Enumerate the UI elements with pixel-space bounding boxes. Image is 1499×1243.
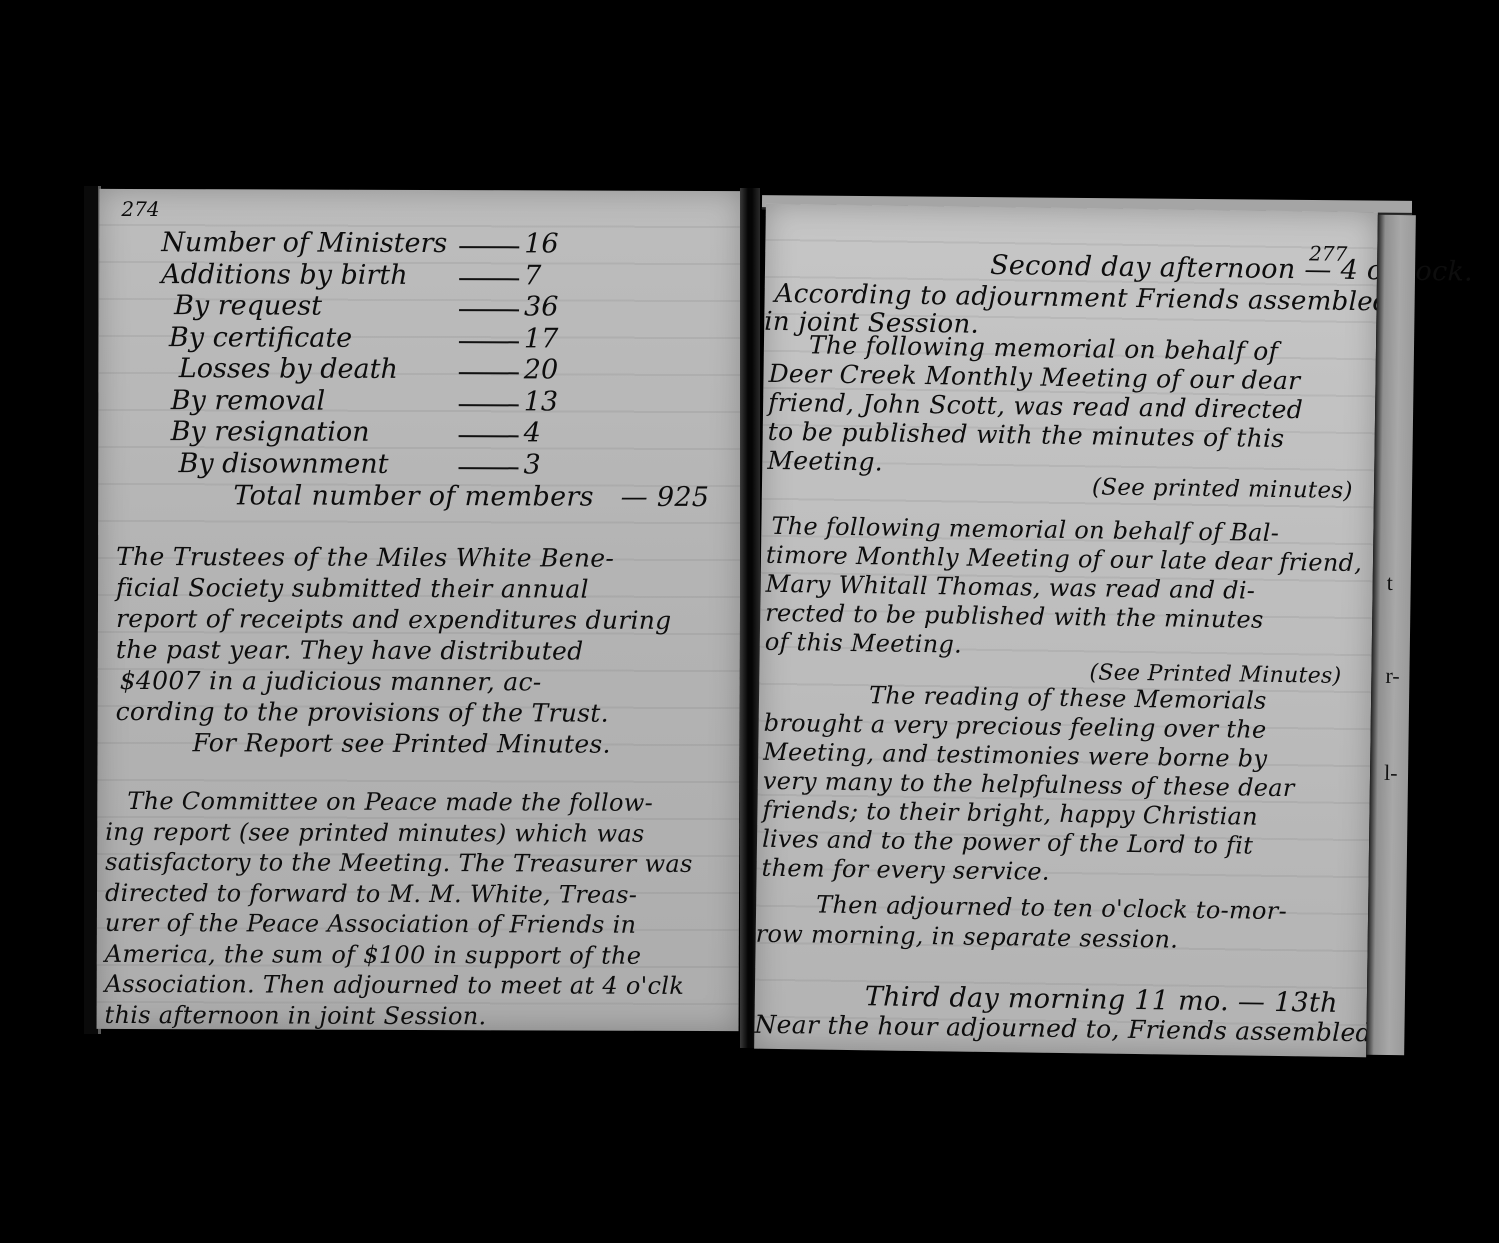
scanned-ledger: 274 Number of Ministers16Additions by bi… (0, 0, 1499, 1243)
text-line: Association. Then adjourned to meet at 4… (105, 972, 684, 998)
tally-row: By removal13 (171, 387, 325, 415)
text-line: urer of the Peace Association of Friends… (105, 911, 637, 937)
tally-label: By certificate (169, 324, 352, 352)
text-line: of this Meeting. (765, 630, 963, 657)
tally-row: By resignation4 (171, 418, 370, 446)
tally-label: By request (174, 292, 322, 320)
tally-total-label: Total number of members (233, 480, 594, 512)
text-line: The Trustees of the Miles White Bene- (116, 544, 614, 571)
printed-minutes-note-1: (See printed minutes) (1092, 476, 1353, 503)
trustees-paragraph: The Trustees of the Miles White Bene-fic… (99, 189, 741, 191)
text-line: America, the sum of $100 in support of t… (105, 941, 642, 967)
tally-row: By certificate17 (169, 324, 352, 352)
leader-dash (459, 435, 519, 437)
leader-dash (459, 341, 519, 343)
tally-value: 36 (524, 293, 558, 320)
leader-dash (458, 467, 518, 469)
text-line: Near the hour adjourned to, Friends asse… (754, 1012, 1372, 1046)
text-line: this afternoon in joint Session. (105, 1002, 487, 1027)
text-line: row morning, in separate session. (756, 922, 1179, 952)
text-line: rected to be published with the minutes (765, 601, 1264, 632)
margin-fragment: l- (1384, 760, 1398, 786)
tally-value: 20 (524, 356, 558, 383)
tally-row: Number of Ministers16 (161, 229, 447, 257)
text-line: Mary Whitall Thomas, was read and di- (765, 572, 1255, 603)
leader-dash (459, 372, 519, 374)
text-line: The reading of these Memorials (869, 683, 1267, 713)
text-line: directed to forward to M. M. White, Trea… (105, 880, 637, 906)
leader-dash (459, 309, 519, 311)
tally-total: Total number of members — 925 (233, 482, 709, 511)
tally-label: By disownment (178, 450, 388, 478)
tally-label: Additions by birth (161, 261, 408, 289)
text-line: lives and to the power of the Lord to fi… (762, 827, 1253, 858)
peace-committee-paragraph: The Committee on Peace made the follow-i… (99, 189, 741, 191)
text-line: ing report (see printed minutes) which w… (105, 819, 644, 845)
leader-dash (459, 404, 519, 406)
left-page: 274 Number of Ministers16Additions by bi… (97, 189, 742, 1031)
tally-value: 16 (524, 230, 558, 257)
tally-value: 7 (524, 262, 541, 289)
text-line: Meeting, and testimonies were borne by (763, 740, 1267, 771)
text-line: ficial Society submitted their annual (116, 575, 589, 602)
page-number-left: 274 (121, 197, 159, 221)
text-line: satisfactory to the Meeting. The Treasur… (105, 850, 693, 876)
tally-value: 3 (523, 451, 540, 478)
tally-row: By disownment3 (178, 450, 388, 478)
tally-label: Losses by death (179, 355, 398, 383)
tally-value: 4 (524, 419, 541, 446)
tally-row: Additions by birth7 (161, 261, 408, 289)
text-line: For Report see Printed Minutes. (192, 730, 610, 756)
text-line: $4007 in a judicious manner, ac- (120, 668, 542, 694)
margin-fragment: r- (1385, 663, 1400, 689)
text-line: the past year. They have distributed (116, 637, 584, 664)
tally-label: By removal (171, 387, 325, 415)
tally-row: Losses by death20 (179, 355, 398, 383)
tally-total-value: 925 (657, 482, 710, 513)
tally-value: 13 (524, 388, 558, 415)
text-line: them for every service. (761, 856, 1049, 884)
text-line: cording to the provisions of the Trust. (116, 699, 609, 726)
tally-label: Number of Ministers (161, 229, 447, 257)
text-line: Meeting. (767, 448, 883, 475)
leader-dash (459, 246, 519, 248)
text-line: The Committee on Peace made the follow- (127, 789, 653, 815)
right-page: 277 Second day afternoon — 4 o'clock. Ac… (754, 204, 1378, 1057)
membership-tally: Number of Ministers16Additions by birth7… (99, 189, 741, 191)
tally-label: By resignation (171, 418, 370, 446)
tally-row: By request36 (174, 292, 322, 320)
tally-value: 17 (524, 325, 558, 352)
text-line: brought a very precious feeling over the (764, 711, 1267, 742)
leader-dash (459, 278, 519, 280)
text-line: friends; to their bright, happy Christia… (762, 798, 1258, 829)
text-line: Then adjourned to ten o'clock to-mor- (816, 893, 1287, 924)
margin-fragment: t (1387, 570, 1393, 596)
text-line: report of receipts and expenditures duri… (116, 606, 672, 633)
text-line: The following memorial on behalf of Bal- (771, 514, 1279, 545)
text-line: very many to the helpfulness of these de… (763, 769, 1295, 800)
text-line: The following memorial on behalf of (809, 332, 1279, 364)
